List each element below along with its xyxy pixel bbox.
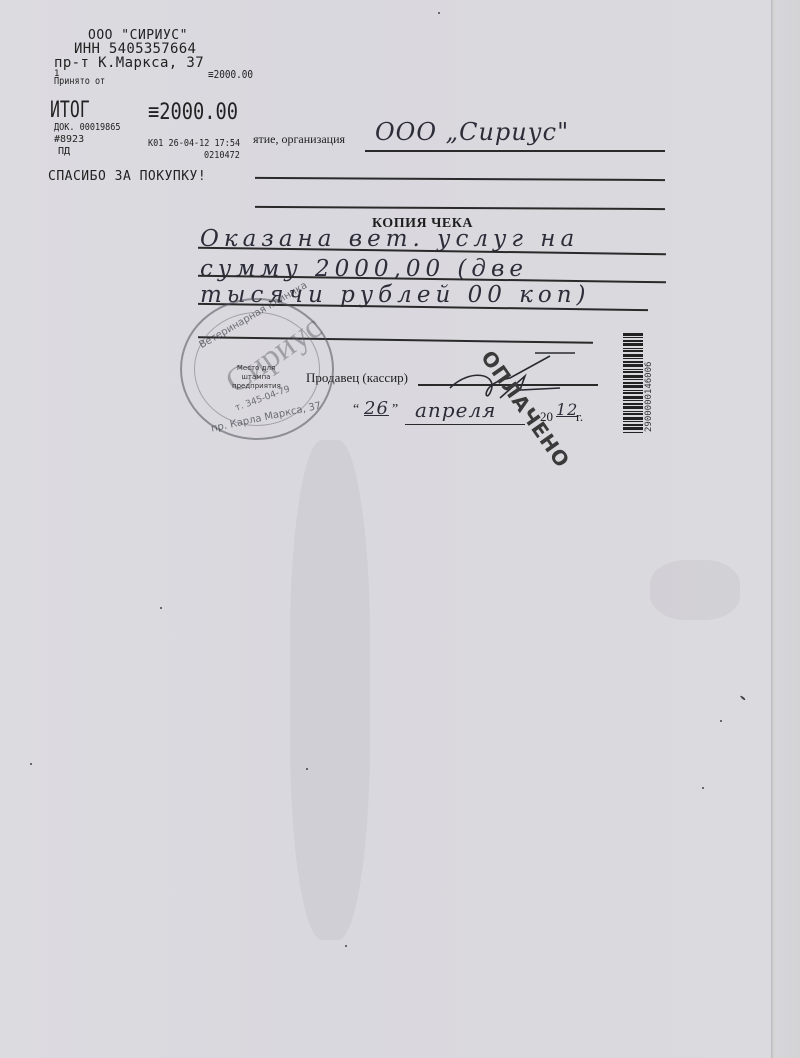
speck [160,607,162,609]
scan-smudge [650,560,740,620]
date-day: 26 [364,398,389,419]
date-year-suffix: 12 [556,400,578,419]
date-year-unit: г. [576,409,583,425]
org-line [365,150,665,152]
org-handwritten: ООО „Сириус" [375,118,569,146]
date-quote-close: ” [392,402,398,418]
speck [720,720,722,722]
speck [30,763,32,765]
stamp-placeholder: Место для штампа предприятия [232,364,280,391]
scanner-edge [771,0,800,1058]
speck [306,768,308,770]
date-month-line [405,424,525,425]
speck [702,787,704,789]
form-line [255,206,665,210]
scan-smudge [290,440,370,940]
date-month: апреля [415,398,496,422]
org-label: ятие, организация [253,132,345,147]
receipt-copy-form: ятие, организация ООО „Сириус" КОПИЯ ЧЕК… [0,0,771,460]
barcode-digits: 2900000146006 [644,362,654,432]
speck [345,945,347,947]
date-quote-open: “ [353,402,359,418]
vet-clinic-stamp: Ветеринарная клиника Сириус Место для шт… [180,298,334,440]
form-line [255,177,665,181]
